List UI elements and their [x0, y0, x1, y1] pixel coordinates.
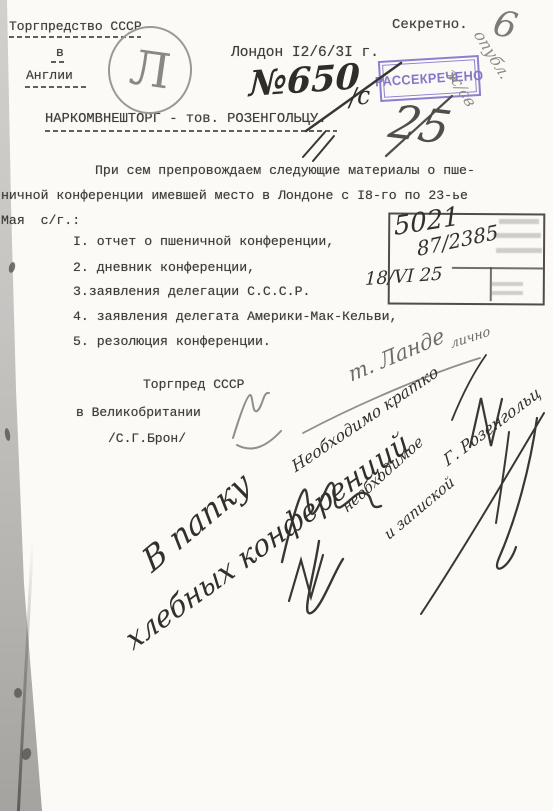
- signature-flourish: [452, 355, 486, 420]
- registry-box-divider-h: [452, 267, 543, 270]
- body-line1: При сем препровождаем следующие материал…: [95, 163, 475, 178]
- list-item: 3.заявления делегации С.С.С.Р.: [73, 284, 310, 299]
- addressee-line: НАРКОМВНЕШТОРГ - тов. РОЗЕНГОЛЬЦУ.: [45, 112, 327, 127]
- circled-letter: Л: [127, 43, 173, 96]
- faded-stamp-print: [491, 282, 523, 286]
- document-scan-page: Торгпредство СССР в Англии Секретно. Лон…: [0, 0, 553, 811]
- faded-stamp-print: [496, 248, 542, 253]
- doc-number-handwritten: №650: [248, 56, 360, 105]
- list-item: 2. дневник конференции,: [73, 260, 255, 275]
- signature-name: /С.Г.Брон/: [108, 431, 186, 446]
- annotation-note-line3: и запиской: [381, 472, 457, 543]
- faded-stamp-print: [491, 291, 523, 295]
- doc-number-suffix: /с: [349, 81, 371, 112]
- list-item: 5. резолюция конференции.: [73, 334, 271, 349]
- signature-title-line2: в Великобритании: [76, 405, 201, 420]
- signature-scrawl: [289, 555, 323, 601]
- annotation-signature-rozengolts: Г. Розенгольц: [441, 382, 544, 470]
- faded-stamp-print: [499, 219, 539, 224]
- double-slash-mark: [313, 136, 334, 161]
- signature-scrawl: [307, 541, 343, 613]
- faded-stamp-print: [493, 233, 541, 238]
- body-line2: ничной конференции имевшей место в Лондо…: [1, 188, 468, 203]
- letterhead-org-line1: Торгпредство СССР: [9, 19, 142, 34]
- pencil-initials-scrawl: [237, 431, 281, 449]
- pencil-initials-scrawl: [233, 393, 269, 438]
- dashed-rule: [25, 86, 88, 88]
- list-item: I. отчет о пшеничной конференции,: [73, 234, 334, 249]
- signature-flourish: [497, 418, 537, 569]
- dashed-rule: [51, 61, 65, 63]
- classification-label: Секретно.: [392, 17, 468, 33]
- annotation-lichno: лично: [450, 324, 492, 352]
- dashed-rule: [45, 130, 337, 132]
- list-item: 4. заявления делегата Америки-Мак-Кельви…: [73, 309, 397, 324]
- signature-flourish: [496, 432, 509, 523]
- crossed-number: 25: [384, 95, 456, 155]
- letterhead-org-line2: в: [56, 45, 64, 60]
- scan-speck: [14, 688, 22, 698]
- signature-title-line1: Торгпред СССР: [143, 377, 244, 392]
- letterhead-org-line3: Англии: [26, 68, 73, 83]
- body-line3: Мая с/г.:: [1, 213, 80, 228]
- double-slash-mark: [303, 132, 325, 157]
